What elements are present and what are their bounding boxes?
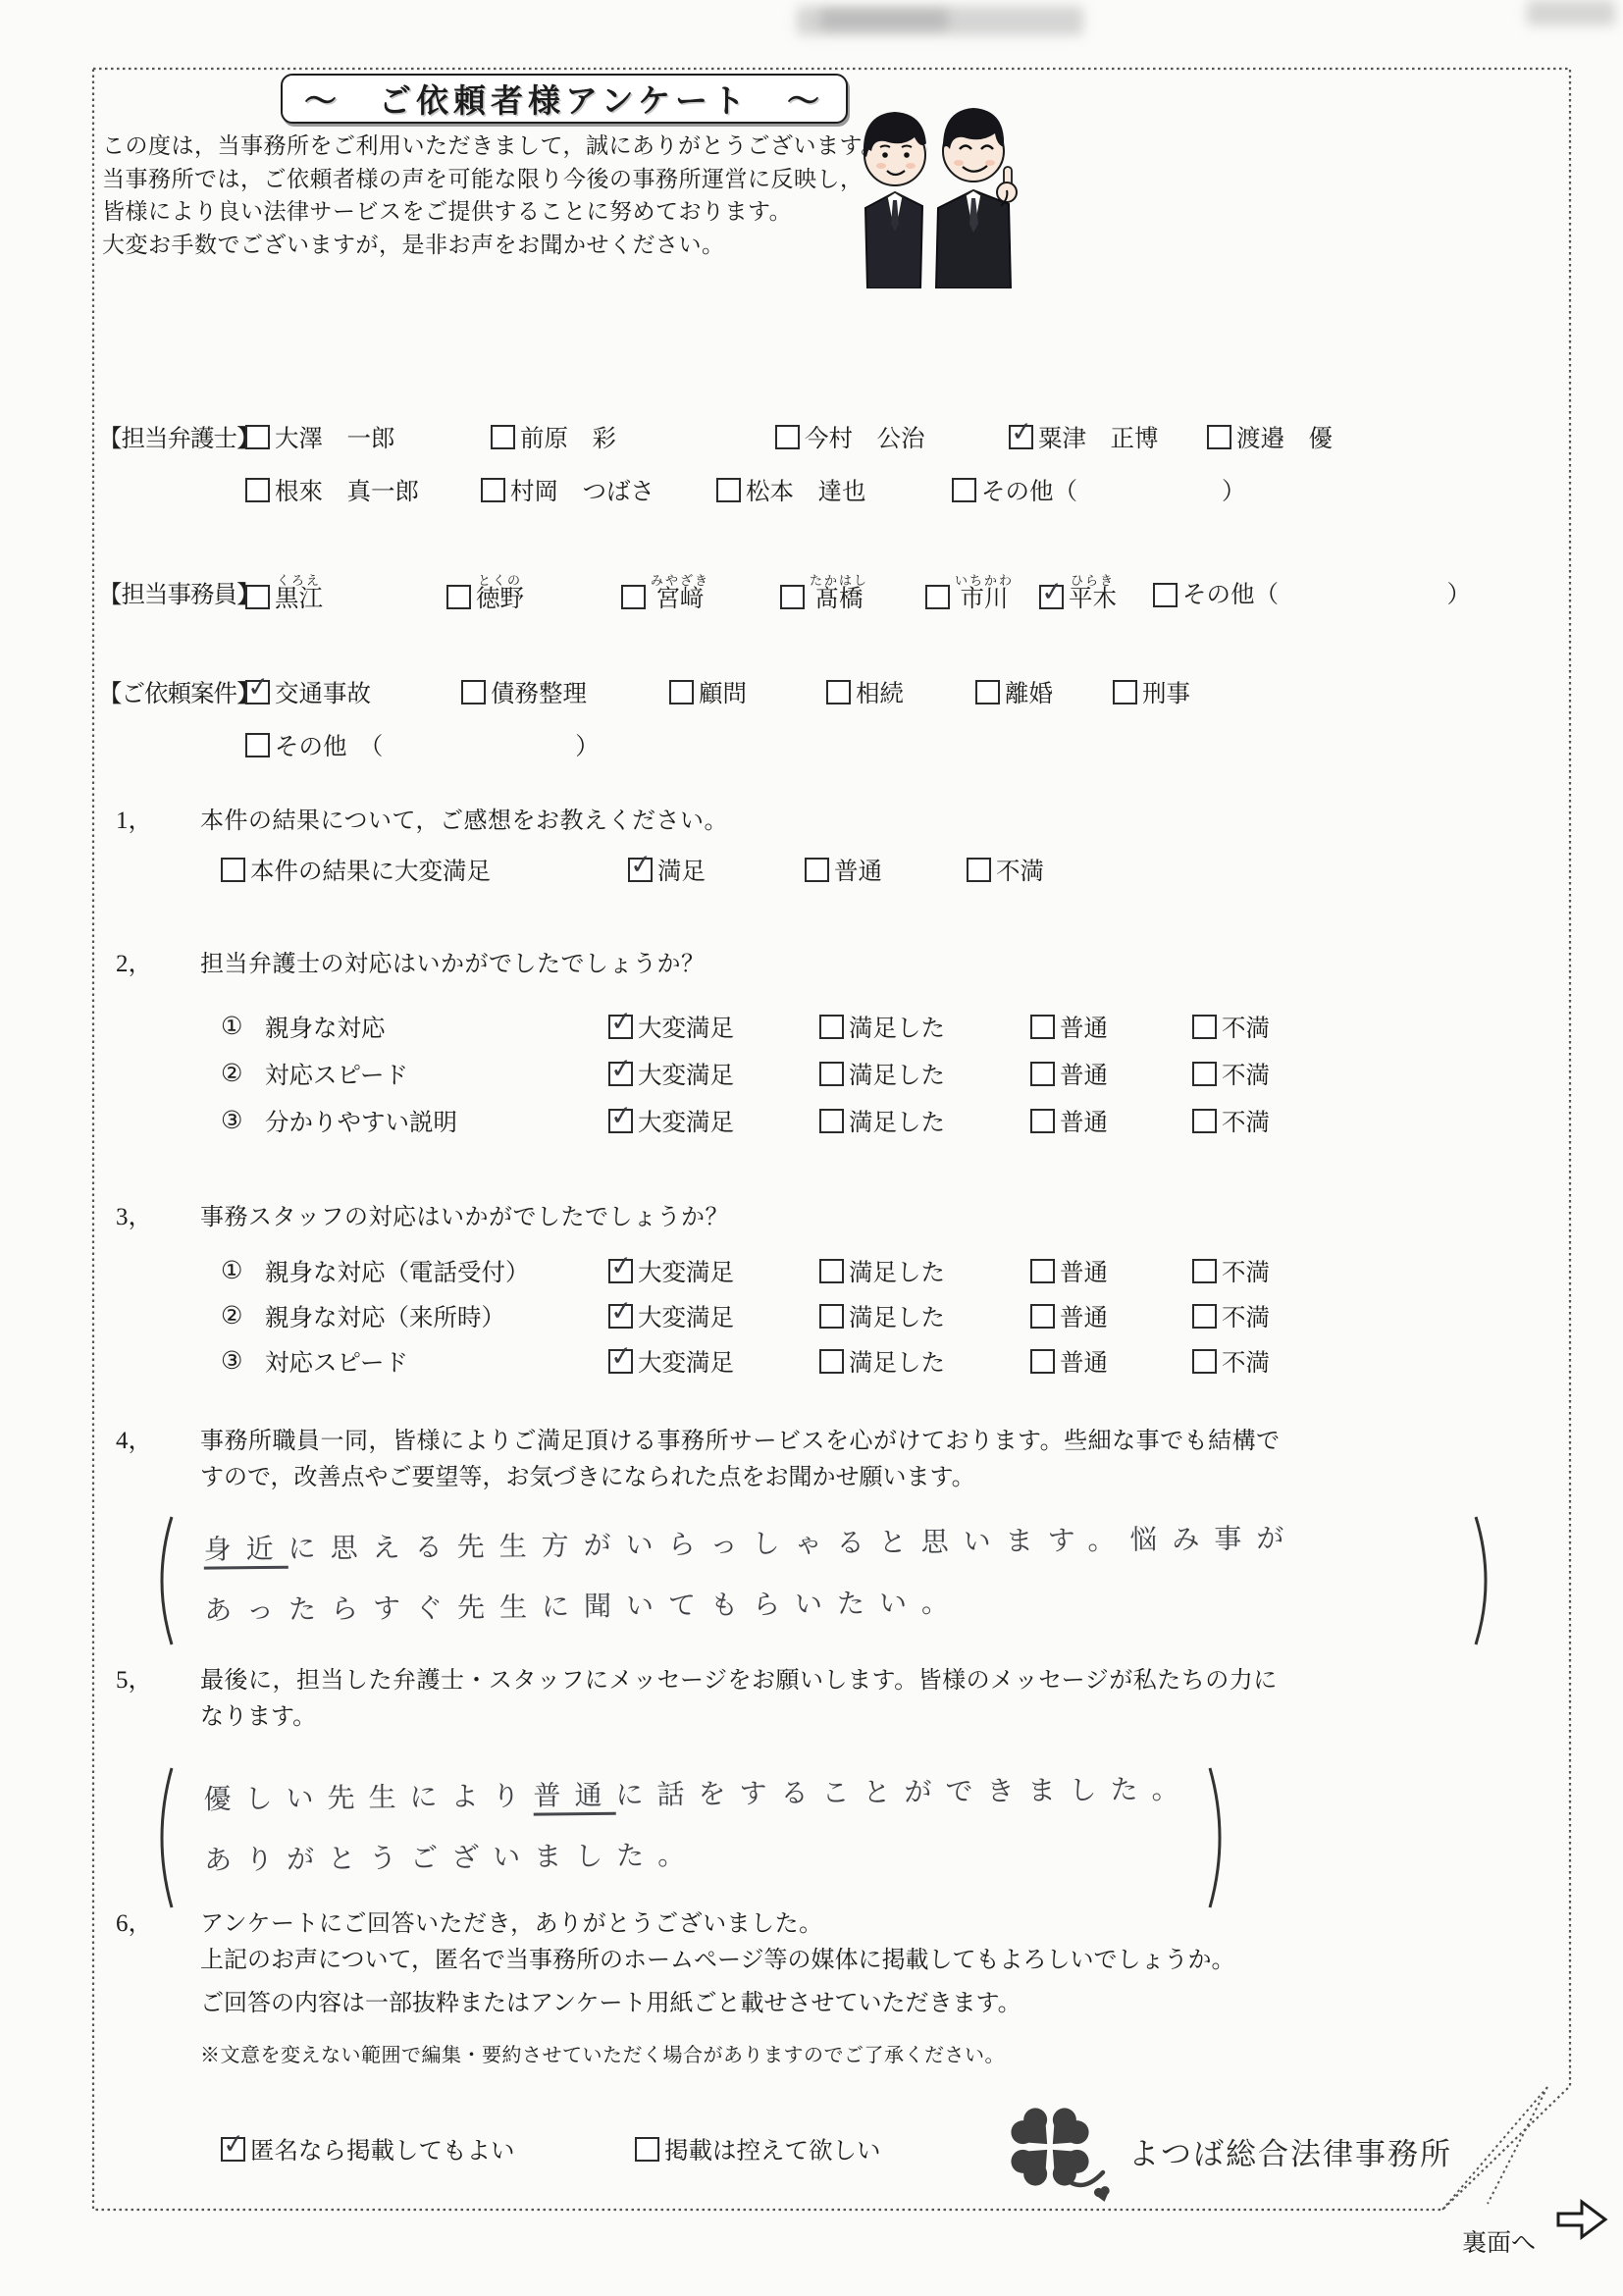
checkbox-option[interactable]: 普通	[1030, 1299, 1192, 1333]
checkbox-option[interactable]: 不満	[1192, 1299, 1270, 1333]
checkbox-label: 村岡 つばさ	[510, 473, 654, 507]
question-note: ※文意を変えない範囲で編集・要約させていただく場合がありますのでご了承ください。	[200, 2039, 1235, 2067]
question-4: 4， 事務所職員一同，皆様によりご満足頂ける事務所サービスを心がけております。些…	[116, 1421, 1281, 1499]
checkbox-label: 普通	[1060, 1104, 1108, 1138]
question-number: 5，	[116, 1660, 200, 1696]
case-options-row2: その他 （ ）	[245, 728, 600, 762]
checkbox-label: 大変満足	[638, 1299, 734, 1333]
item-number: ②	[221, 1301, 265, 1331]
two-businessmen-illustration	[834, 92, 1030, 288]
checkbox-label: 満足した	[849, 1010, 945, 1044]
lawyer-options-row2: 根來 真一郎村岡 つばさ松本 達也その他（ ）	[245, 473, 1187, 507]
question-2: 2， 担当弁護士の対応はいかがでしたでしょうか？ ① 親身な対応 大変満足満足し…	[116, 944, 1270, 1144]
question-number: 6，	[116, 1904, 200, 1939]
checkbox-label: 不満	[1222, 1104, 1270, 1138]
checkbox-option[interactable]: その他（ ）	[1153, 576, 1471, 610]
handwriting-text: 身近に思える先生方がいらっしゃると思います。悩み事が あったらすぐ先生に聞いても…	[174, 1504, 1473, 1657]
checkbox[interactable]	[1030, 1349, 1055, 1374]
survey-page: ～ ご依頼者様アンケート ～ この度は，当事務所をご利用いただきまして，誠にあり…	[0, 0, 1623, 2296]
checkbox[interactable]	[775, 425, 800, 449]
satisfaction-options: 大変満足満足した普通不満	[608, 1010, 1270, 1044]
intro-line: 皆様により良い法律サービスをご提供することに努めております。	[102, 195, 887, 229]
checkbox[interactable]	[716, 478, 741, 502]
field-staff: 【担当事務員】 くろえ黒江とくの徳野みやざき宮﨑たかはし髙橋いちかわ市川ひらき平…	[98, 549, 1471, 612]
checkbox[interactable]	[780, 585, 805, 609]
checkbox-option[interactable]: 今村 公治	[775, 420, 1009, 454]
redacted-smudge	[1527, 0, 1615, 26]
checkbox-label: 大変満足	[638, 1010, 734, 1044]
checkbox-label: 前原 彩	[520, 420, 616, 454]
satisfaction-options: 大変満足満足した普通不満	[608, 1299, 1270, 1333]
checkbox-label: 刑事	[1142, 675, 1190, 709]
handwriting-text: 優しい先生により普通に話をすることができました。 ありがとうございました。	[174, 1756, 1208, 1918]
checkbox-label: 不満	[1222, 1010, 1270, 1044]
checkbox-label: 本件の結果に大変満足	[250, 853, 491, 887]
question-number: 4，	[116, 1421, 200, 1456]
checkbox[interactable]	[1207, 425, 1231, 449]
question-number: 1，	[116, 801, 200, 836]
checkbox-label: 顧問	[699, 675, 747, 709]
checkbox-label: 松本 達也	[746, 473, 866, 507]
yotsuba-clover-logo	[993, 2096, 1121, 2214]
checkbox[interactable]	[819, 1304, 844, 1329]
checkbox-option[interactable]: 根來 真一郎	[245, 473, 481, 507]
checkbox[interactable]	[805, 858, 829, 882]
checkbox[interactable]	[1192, 1015, 1217, 1039]
checkbox[interactable]	[826, 680, 851, 704]
checkbox-label: その他 （ ）	[275, 728, 600, 762]
item-number: ①	[221, 1012, 265, 1041]
checkbox-label: 匿名なら掲載してもよい	[250, 2132, 515, 2166]
intro-line: この度は，当事務所をご利用いただきまして，誠にありがとうございます。	[102, 130, 887, 163]
checkbox-option[interactable]: 普通	[1030, 1344, 1192, 1379]
checkbox-label: 普通	[1060, 1344, 1108, 1379]
checkbox[interactable]	[481, 478, 505, 502]
close-bracket	[1207, 1762, 1232, 1913]
item-number: ①	[221, 1256, 265, 1285]
checkbox-label: 不満	[1222, 1254, 1270, 1288]
checkbox-checked[interactable]	[1039, 585, 1064, 609]
checkbox-option[interactable]: 渡邉 優	[1207, 420, 1333, 454]
checkbox[interactable]	[952, 478, 976, 502]
checkbox[interactable]	[1030, 1109, 1055, 1133]
intro-paragraph: この度は，当事務所をご利用いただきまして，誠にありがとうございます。 当事務所で…	[102, 130, 887, 261]
checkbox-label: 大変満足	[638, 1344, 734, 1379]
checkbox-option[interactable]: 村岡 つばさ	[481, 473, 716, 507]
checkbox-label: とくの徳野	[476, 574, 524, 612]
field-case: 【ご依頼案件】 交通事故債務整理顧問相続離婚刑事 その他 （ ）	[98, 665, 1190, 771]
intro-line: 大変お手数でございますが，是非お声をお聞かせください。	[102, 229, 887, 262]
question-text: なります。	[200, 1696, 1278, 1739]
checkbox-option[interactable]: とくの徳野	[446, 574, 621, 612]
checkbox[interactable]	[819, 1259, 844, 1283]
checkbox-label: 大変満足	[638, 1254, 734, 1288]
item-label: 親身な対応（来所時）	[265, 1299, 608, 1333]
checkbox-label: 相続	[856, 675, 904, 709]
checkbox-option[interactable]: ひらき平木	[1039, 574, 1153, 612]
checkbox-label: 掲載は控えて欲しい	[664, 2132, 881, 2166]
checkbox-option[interactable]: いちかわ市川	[925, 574, 1039, 612]
question-text: 最後に，担当した弁護士・スタッフにメッセージをお願いします。皆様のメッセージが私…	[200, 1660, 1278, 1695]
checkbox[interactable]	[245, 425, 270, 449]
checkbox-label: 不満	[1222, 1299, 1270, 1333]
item-label: 親身な対応（電話受付）	[265, 1254, 608, 1288]
checkbox-label: その他（ ）	[981, 473, 1246, 507]
checkbox[interactable]	[819, 1349, 844, 1374]
checkbox[interactable]	[1192, 1304, 1217, 1329]
back-arrow-icon	[1556, 2198, 1609, 2241]
checkbox-option[interactable]: 満足	[628, 853, 805, 887]
checkbox-option[interactable]: 顧問	[669, 675, 826, 709]
checkbox-label: たかはし髙橋	[810, 574, 868, 612]
checkbox-checked[interactable]	[221, 2137, 245, 2162]
item-number: ③	[221, 1106, 265, 1135]
checkbox-option[interactable]: 大変満足	[608, 1254, 819, 1288]
checkbox-checked[interactable]	[608, 1259, 633, 1283]
checkbox-option[interactable]: 満足した	[819, 1104, 1030, 1138]
checkbox-label: その他（ ）	[1182, 576, 1471, 610]
checkbox-label: くろえ黒江	[275, 574, 323, 612]
question-text: アンケートにご回答いただき，ありがとうございました。	[200, 1904, 823, 1938]
question-text: 担当弁護士の対応はいかがでしたでしょうか？	[200, 944, 706, 978]
checkbox[interactable]	[1192, 1109, 1217, 1133]
checkbox[interactable]	[491, 425, 515, 449]
checkbox-label: 満足した	[849, 1254, 945, 1288]
checkbox[interactable]	[975, 680, 1000, 704]
item-label: 親身な対応	[265, 1010, 608, 1044]
checkbox-label: 大変満足	[638, 1104, 734, 1138]
checkbox[interactable]	[245, 733, 270, 757]
checkbox-label: 普通	[1060, 1299, 1108, 1333]
checkbox[interactable]	[1192, 1062, 1217, 1086]
checkbox-label: 満足した	[849, 1104, 945, 1138]
checkbox-checked[interactable]	[608, 1015, 633, 1039]
item-label: 対応スピード	[265, 1057, 608, 1091]
checkbox-option[interactable]: 満足した	[819, 1010, 1030, 1044]
question-6: 6， アンケートにご回答いただき，ありがとうございました。 上記のお声について，…	[116, 1904, 1235, 2067]
checkbox-label: 満足した	[849, 1057, 945, 1091]
handwritten-answer-q4: 身近に思える先生方がいらっしゃると思います。悩み事が あったらすぐ先生に聞いても…	[149, 1511, 1498, 1650]
checkbox-option[interactable]: 満足した	[819, 1299, 1030, 1333]
checkbox-checked[interactable]	[628, 858, 653, 882]
checkbox-option[interactable]: 普通	[1030, 1010, 1192, 1044]
name-text: 宮﨑	[656, 587, 705, 612]
back-page-label: 裏面へ	[1462, 2223, 1536, 2259]
question-1: 1， 本件の結果について，ご感想をお教えください。 本件の結果に大変満足満足普通…	[116, 801, 1044, 891]
form-title: ～ ご依頼者様アンケート ～	[304, 76, 824, 122]
checkbox-checked[interactable]	[608, 1349, 633, 1374]
checkbox-label: 満足した	[849, 1344, 945, 1379]
checkbox-label: 大澤 一郎	[275, 420, 395, 454]
checkbox[interactable]	[819, 1109, 844, 1133]
checkbox-option[interactable]: 刑事	[1113, 675, 1190, 709]
form-title-box: ～ ご依頼者様アンケート ～	[281, 74, 848, 124]
checkbox-option[interactable]: 大変満足	[608, 1057, 819, 1091]
checkbox-label: 根來 真一郎	[275, 473, 419, 507]
checkbox-option[interactable]: 普通	[805, 853, 967, 887]
underlined-word: 普通	[533, 1779, 615, 1816]
checkbox-label: 大変満足	[638, 1057, 734, 1091]
checkbox-option[interactable]: 交通事故	[245, 675, 461, 709]
checkbox-label: 普通	[1060, 1254, 1108, 1288]
name-text: 徳野	[476, 587, 524, 612]
item-label: 対応スピード	[265, 1344, 608, 1379]
checkbox-option[interactable]: 不満	[1192, 1057, 1270, 1091]
checkbox-option[interactable]: 普通	[1030, 1057, 1192, 1091]
checkbox-option[interactable]: 前原 彩	[491, 420, 775, 454]
checkbox-label: 満足	[657, 853, 706, 887]
checkbox-checked[interactable]	[1009, 425, 1033, 449]
name-text: 市川	[961, 587, 1009, 612]
checkbox[interactable]	[925, 585, 950, 609]
checkbox-label: 渡邉 優	[1236, 420, 1333, 454]
checkbox-option[interactable]: 普通	[1030, 1104, 1192, 1138]
checkbox-option[interactable]: 掲載は控えて欲しい	[635, 2132, 881, 2166]
firm-name: よつば総合法律事務所	[1128, 2129, 1452, 2173]
checkbox-option[interactable]: 相続	[826, 675, 975, 709]
checkbox[interactable]	[1192, 1349, 1217, 1374]
name-text: 平木	[1069, 587, 1117, 612]
checkbox-option[interactable]: みやざき宮﨑	[621, 574, 780, 612]
checkbox-option[interactable]: 大変満足	[608, 1344, 819, 1379]
checkbox[interactable]	[446, 585, 471, 609]
checkbox-option[interactable]: 債務整理	[461, 675, 669, 709]
checkbox-checked[interactable]	[245, 680, 270, 704]
lawyer-options-row1: 大澤 一郎前原 彩今村 公治粟津 正博渡邉 優	[245, 420, 1333, 454]
checkbox-checked[interactable]	[608, 1109, 633, 1133]
checkbox[interactable]	[1113, 680, 1137, 704]
checkbox-checked[interactable]	[608, 1304, 633, 1329]
checkbox-label: 今村 公治	[805, 420, 925, 454]
open-bracket	[149, 1762, 175, 1913]
checkbox-label: 普通	[834, 853, 882, 887]
checkbox-label: みやざき宮﨑	[651, 574, 709, 612]
checkbox[interactable]	[967, 858, 991, 882]
checkbox-label: 離婚	[1005, 675, 1053, 709]
checkbox-option[interactable]: 大変満足	[608, 1010, 819, 1044]
checkbox-option[interactable]: 不満	[1192, 1104, 1270, 1138]
question-text: 事務スタッフの対応はいかがでしたでしょうか？	[200, 1197, 729, 1231]
question-text: 事務所職員一同，皆様によりご満足頂ける事務所サービスを心がけております。些細な事…	[200, 1421, 1281, 1455]
question-text: すので，改善点やご要望等，お気づきになられた点をお聞かせ願います。	[200, 1456, 1281, 1499]
q1-options: 本件の結果に大変満足満足普通不満	[221, 848, 1044, 891]
close-bracket	[1473, 1511, 1498, 1650]
question-5: 5， 最後に，担当した弁護士・スタッフにメッセージをお願いします。皆様のメッセー…	[116, 1660, 1278, 1739]
checkbox[interactable]	[245, 478, 270, 502]
checkbox[interactable]	[1030, 1062, 1055, 1086]
checkbox[interactable]	[819, 1062, 844, 1086]
checkbox-label: ひらき平木	[1069, 574, 1117, 612]
checkbox-option[interactable]: 不満	[1192, 1254, 1270, 1288]
checkbox-label: 普通	[1060, 1057, 1108, 1091]
item-label: 分かりやすい説明	[265, 1104, 608, 1138]
checkbox[interactable]	[669, 680, 694, 704]
checkbox-label: 債務整理	[491, 675, 587, 709]
checkbox[interactable]	[1030, 1015, 1055, 1039]
name-text: 黒江	[275, 587, 323, 612]
checkbox-option[interactable]: その他 （ ）	[245, 728, 600, 762]
checkbox-option[interactable]: 離婚	[975, 675, 1113, 709]
open-bracket	[149, 1511, 175, 1650]
checkbox-option[interactable]: 不満	[1192, 1010, 1270, 1044]
field-lawyer: 【担当弁護士】 大澤 一郎前原 彩今村 公治粟津 正博渡邉 優 根來 真一郎村岡…	[98, 410, 1333, 516]
item-number: ②	[221, 1059, 265, 1088]
field-label-lawyer: 【担当弁護士】	[98, 420, 245, 454]
question-text: 本件の結果について，ご感想をお教えください。	[200, 801, 728, 835]
field-label-staff: 【担当事務員】	[98, 576, 245, 612]
checkbox-label: 交通事故	[275, 675, 371, 709]
satisfaction-options: 大変満足満足した普通不満	[608, 1057, 1270, 1091]
item-number: ③	[221, 1346, 265, 1376]
checkbox-label: 普通	[1060, 1010, 1108, 1044]
staff-options: くろえ黒江とくの徳野みやざき宮﨑たかはし髙橋いちかわ市川ひらき平木その他（ ）	[245, 574, 1471, 612]
checkbox[interactable]	[1192, 1259, 1217, 1283]
checkbox-label: 粟津 正博	[1038, 420, 1159, 454]
satisfaction-options: 大変満足満足した普通不満	[608, 1104, 1270, 1138]
checkbox-option[interactable]: その他（ ）	[952, 473, 1187, 507]
checkbox[interactable]	[819, 1015, 844, 1039]
question-3: 3， 事務スタッフの対応はいかがでしたでしょうか？ ① 親身な対応（電話受付） …	[116, 1197, 1270, 1383]
checkbox[interactable]	[635, 2137, 659, 2162]
checkbox[interactable]	[221, 858, 245, 882]
checkbox-checked[interactable]	[608, 1062, 633, 1086]
checkbox[interactable]	[1030, 1304, 1055, 1329]
publication-options: 匿名なら掲載してもよい掲載は控えて欲しい	[221, 2127, 881, 2170]
name-text: 髙橋	[815, 587, 864, 612]
checkbox[interactable]	[621, 585, 646, 609]
checkbox-option[interactable]: 満足した	[819, 1344, 1030, 1379]
question-text: ご回答の内容は一部抜粋またはアンケート用紙ごと載せさせていただきます。	[200, 1982, 1235, 2025]
checkbox-option[interactable]: 粟津 正博	[1009, 420, 1207, 454]
redacted-smudge	[820, 10, 948, 29]
handwritten-answer-q5: 優しい先生により普通に話をすることができました。 ありがとうございました。	[149, 1762, 1175, 1913]
satisfaction-options: 大変満足満足した普通不満	[608, 1344, 1270, 1379]
field-label-case: 【ご依頼案件】	[98, 675, 245, 709]
checkbox-label: 満足した	[849, 1299, 945, 1333]
checkbox-option[interactable]: 大澤 一郎	[245, 420, 491, 454]
checkbox[interactable]	[245, 585, 270, 609]
case-options-row1: 交通事故債務整理顧問相続離婚刑事	[245, 675, 1190, 709]
underlined-word: 身近	[203, 1533, 288, 1570]
checkbox-label: 不満	[1222, 1344, 1270, 1379]
checkbox-option[interactable]: 大変満足	[608, 1104, 819, 1138]
question-text: 上記のお声について，匿名で当事務所のホームページ等の媒体に掲載してもよろしいでし…	[200, 1939, 1235, 1982]
checkbox-option[interactable]: くろえ黒江	[245, 574, 446, 612]
checkbox[interactable]	[461, 680, 486, 704]
satisfaction-options: 大変満足満足した普通不満	[608, 1254, 1270, 1288]
checkbox[interactable]	[1153, 583, 1178, 607]
checkbox-label: 不満	[996, 853, 1044, 887]
checkbox-label: 不満	[1222, 1057, 1270, 1091]
checkbox-option[interactable]: 大変満足	[608, 1299, 819, 1333]
checkbox-option[interactable]: 不満	[1192, 1344, 1270, 1379]
checkbox-label: いちかわ市川	[955, 574, 1014, 612]
checkbox-option[interactable]: 匿名なら掲載してもよい	[221, 2132, 635, 2166]
intro-line: 当事務所では，ご依頼者様の声を可能な限り今後の事務所運営に反映し，	[102, 163, 887, 196]
checkbox-option[interactable]: 松本 達也	[716, 473, 952, 507]
checkbox-option[interactable]: 本件の結果に大変満足	[221, 853, 628, 887]
checkbox-option[interactable]: 満足した	[819, 1057, 1030, 1091]
question-number: 2，	[116, 944, 200, 979]
checkbox[interactable]	[1030, 1259, 1055, 1283]
checkbox-option[interactable]: たかはし髙橋	[780, 574, 925, 612]
checkbox-option[interactable]: 満足した	[819, 1254, 1030, 1288]
checkbox-option[interactable]: 不満	[967, 853, 1044, 887]
checkbox-option[interactable]: 普通	[1030, 1254, 1192, 1288]
question-number: 3，	[116, 1197, 200, 1232]
